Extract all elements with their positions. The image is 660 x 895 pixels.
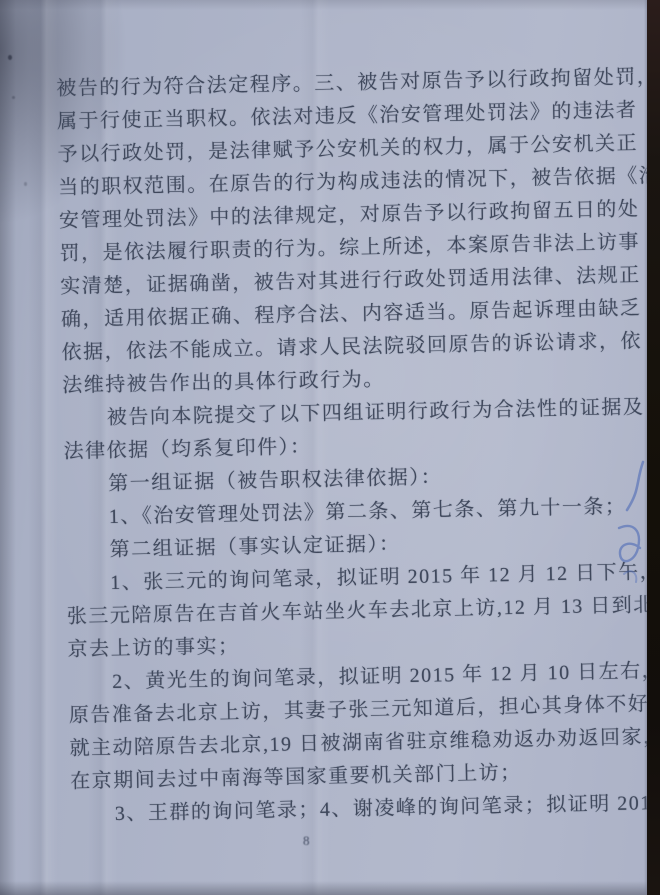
photo-background-edge <box>647 0 660 895</box>
bottom-edge-shadow <box>0 881 660 895</box>
scanned-document-photo: 被告的行为符合法定程序。三、被告对原告予以行政拘留处罚，属于行使正当职权。依法对… <box>0 0 660 895</box>
paper-speck <box>12 96 15 99</box>
document-text: 被告的行为符合法定程序。三、被告对原告予以行政拘留处罚，属于行使正当职权。依法对… <box>0 0 660 833</box>
paper-speck <box>24 182 27 186</box>
page-number: 8 <box>303 833 310 849</box>
paper-speck <box>8 55 12 60</box>
